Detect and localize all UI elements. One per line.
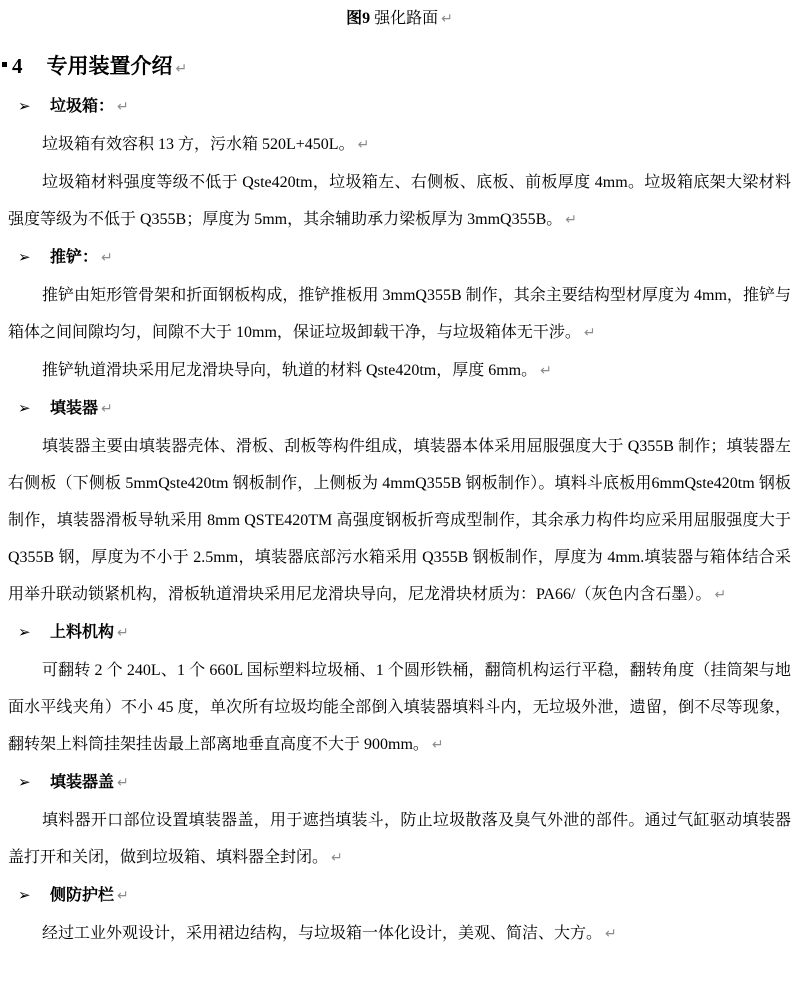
document-body: ➢垃圾箱：↵垃圾箱有效容积 13 方，污水箱 520L+450L。↵垃圾箱材料强… bbox=[8, 88, 791, 953]
paragraph-text: 垃圾箱材料强度等级不低于 Qste420tm，垃圾箱左、右侧板、底板、前板厚度 … bbox=[8, 174, 791, 228]
outline-square-icon bbox=[2, 62, 7, 67]
figure-caption-text: 强化路面 bbox=[370, 10, 438, 27]
paragraph-text: 垃圾箱有效容积 13 方，污水箱 520L+450L。 bbox=[42, 136, 355, 153]
bullet-heading: ➢垃圾箱：↵ bbox=[8, 88, 791, 126]
section-number: 4 bbox=[12, 54, 23, 78]
arrow-bullet-icon: ➢ bbox=[18, 878, 50, 915]
paragraph-mark: ↵ bbox=[540, 363, 552, 379]
paragraph-text: 填料器开口部位设置填装器盖，用于遮挡填装斗，防止垃圾散落及臭气外泄的部件。通过气… bbox=[8, 812, 791, 866]
paragraph-mark: ↵ bbox=[101, 401, 113, 417]
paragraph-mark: ↵ bbox=[605, 926, 617, 942]
paragraph-mark: ↵ bbox=[432, 737, 444, 753]
arrow-bullet-icon: ➢ bbox=[18, 391, 50, 428]
figure-caption-number: 图9 bbox=[346, 10, 370, 27]
paragraph-text: 推铲由矩形管骨架和折面钢板构成，推铲推板用 3mmQ355B 制作，其余主要结构… bbox=[8, 287, 791, 341]
bullet-heading-label: 填装器 bbox=[50, 400, 98, 417]
figure-caption: 图9 强化路面↵ bbox=[8, 6, 791, 32]
paragraph-mark: ↵ bbox=[101, 250, 113, 266]
bullet-heading-label: 侧防护栏 bbox=[50, 887, 114, 904]
bullet-heading: ➢推铲：↵ bbox=[8, 239, 791, 277]
paragraph-mark: ↵ bbox=[441, 11, 453, 27]
bullet-heading: ➢填装器盖↵ bbox=[8, 764, 791, 802]
bullet-heading-label: 填装器盖 bbox=[50, 774, 114, 791]
paragraph-mark: ↵ bbox=[117, 775, 129, 791]
arrow-bullet-icon: ➢ bbox=[18, 765, 50, 802]
body-paragraph: 可翻转 2 个 240L、1 个 660L 国标塑料垃圾桶、1 个圆形铁桶，翻筒… bbox=[8, 652, 791, 764]
paragraph-text: 可翻转 2 个 240L、1 个 660L 国标塑料垃圾桶、1 个圆形铁桶，翻筒… bbox=[8, 662, 791, 753]
bullet-heading: ➢填装器↵ bbox=[8, 390, 791, 428]
body-paragraph: 推铲由矩形管骨架和折面钢板构成，推铲推板用 3mmQ355B 制作，其余主要结构… bbox=[8, 277, 791, 352]
body-paragraph: 填装器主要由填装器壳体、滑板、刮板等构件组成，填装器本体采用屈服强度大于 Q35… bbox=[8, 428, 791, 614]
body-paragraph: 垃圾箱材料强度等级不低于 Qste420tm，垃圾箱左、右侧板、底板、前板厚度 … bbox=[8, 164, 791, 239]
bullet-heading-label: 上料机构 bbox=[50, 624, 114, 641]
section-heading: 4专用装置介绍↵ bbox=[8, 47, 791, 88]
paragraph-mark: ↵ bbox=[117, 99, 129, 115]
paragraph-text: 推铲轨道滑块采用尼龙滑块导向，轨道的材料 Qste420tm，厚度 6mm。 bbox=[42, 362, 537, 379]
body-paragraph: 推铲轨道滑块采用尼龙滑块导向，轨道的材料 Qste420tm，厚度 6mm。↵ bbox=[8, 352, 791, 390]
body-paragraph: 经过工业外观设计，采用裙边结构，与垃圾箱一体化设计，美观、简洁、大方。↵ bbox=[8, 915, 791, 953]
paragraph-mark: ↵ bbox=[584, 325, 596, 341]
paragraph-mark: ↵ bbox=[117, 888, 129, 904]
paragraph-mark: ↵ bbox=[358, 137, 370, 153]
section-title: 专用装置介绍 bbox=[47, 54, 173, 78]
document-page: 图9 强化路面↵ 4专用装置介绍↵ ➢垃圾箱：↵垃圾箱有效容积 13 方，污水箱… bbox=[0, 0, 799, 996]
body-paragraph: 填料器开口部位设置填装器盖，用于遮挡填装斗，防止垃圾散落及臭气外泄的部件。通过气… bbox=[8, 802, 791, 877]
arrow-bullet-icon: ➢ bbox=[18, 615, 50, 652]
paragraph-mark: ↵ bbox=[117, 625, 129, 641]
paragraph-mark: ↵ bbox=[331, 850, 343, 866]
bullet-heading: ➢侧防护栏↵ bbox=[8, 877, 791, 915]
paragraph-mark: ↵ bbox=[565, 212, 577, 228]
body-paragraph: 垃圾箱有效容积 13 方，污水箱 520L+450L。↵ bbox=[8, 126, 791, 164]
bullet-heading: ➢上料机构↵ bbox=[8, 614, 791, 652]
bullet-heading-label: 推铲： bbox=[50, 249, 98, 266]
paragraph-mark: ↵ bbox=[176, 61, 188, 77]
arrow-bullet-icon: ➢ bbox=[18, 240, 50, 277]
paragraph-mark: ↵ bbox=[714, 587, 726, 603]
arrow-bullet-icon: ➢ bbox=[18, 89, 50, 126]
bullet-heading-label: 垃圾箱： bbox=[50, 98, 114, 115]
paragraph-text: 填装器主要由填装器壳体、滑板、刮板等构件组成，填装器本体采用屈服强度大于 Q35… bbox=[8, 438, 791, 603]
paragraph-text: 经过工业外观设计，采用裙边结构，与垃圾箱一体化设计，美观、简洁、大方。 bbox=[42, 925, 602, 942]
